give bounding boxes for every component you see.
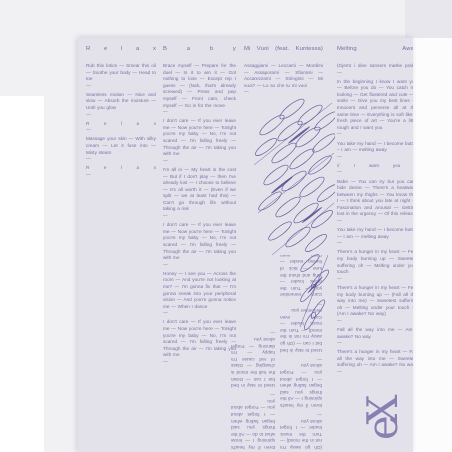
stanza-separator: — [86, 127, 156, 134]
stanza-separator: — [337, 131, 413, 138]
spread-token: b [210, 46, 213, 52]
lyric-stanza: Rub this lotion — Smear this oil — Sooth… [86, 63, 156, 83]
lyric-stanza: (Oh go away I'm not in the mood) — Turn … [280, 417, 322, 450]
lyric-stanza: Even if my head's spinning I — know what… [231, 397, 275, 450]
stanza-separator: — [86, 172, 156, 179]
spread-token: B [163, 46, 167, 52]
lyric-stanza: Assaggiami — Leccami — Mordimi — Assapor… [244, 63, 323, 89]
stanza-separator: — [337, 154, 413, 161]
stanza-separator: — [337, 240, 413, 247]
song-column-melting-away: MeltingAway(Gjemt i dine sansers mørke p… [337, 46, 413, 376]
lyric-stanza: Relax [86, 121, 156, 128]
spread-token: want [369, 163, 379, 170]
lyric-stanza: (Gjemt i dine sansers mørke prakt) [337, 63, 413, 70]
spread-token: R [86, 165, 89, 172]
flipped-lyrics-column-right: (Oh go away I'm not in the mood) — Turn … [280, 255, 322, 450]
stanza-separator: — [280, 300, 322, 307]
stanza-separator: — [337, 318, 413, 325]
stanza-separator: — [163, 158, 236, 165]
lyric-stanza: You take my hand — I become butter — I a… [337, 227, 413, 240]
spread-token: x [154, 121, 156, 128]
background-left-white-band [0, 96, 44, 452]
lyric-stanza: Relax [86, 165, 156, 172]
spread-token: // [337, 163, 340, 170]
lyric-stanza: There's a hunger in my heart — Fall all … [337, 349, 413, 369]
stanza-separator: — [280, 410, 322, 417]
spread-token: x [154, 165, 156, 172]
spread-token: Mi [244, 46, 250, 52]
song-title-mi-vuoi: MiVuoi(feat.Kuntessa) [244, 46, 323, 52]
spread-token: e [104, 121, 107, 128]
lyric-stanza: //Iwantyou// [337, 163, 413, 170]
stanza-separator: — [163, 109, 236, 116]
stanza-separator: — [337, 276, 413, 283]
stanza-separator: — [337, 70, 413, 77]
background-top-right-patch [405, 0, 452, 38]
spread-token: R [86, 121, 89, 128]
spread-token: R [86, 46, 90, 52]
lyric-stanza: You take my hand — I become butter – I a… [337, 141, 413, 154]
spread-token: x [153, 46, 156, 52]
lyric-stanza: Honey — I see you — Across the room — An… [163, 271, 236, 311]
stanza-separator: — [163, 213, 236, 220]
spread-token: e [104, 165, 107, 172]
stanza-separator: — [337, 369, 413, 376]
lyric-stanza: I don't care — If you ever leave me — No… [163, 222, 236, 262]
stanza-separator: — [337, 169, 413, 176]
stanza-separator: — [86, 156, 156, 163]
spread-token: l [121, 46, 122, 52]
spread-token: Kuntessa) [296, 46, 323, 52]
lyric-stanza: There's a hunger in my heart — Feel my b… [337, 249, 413, 275]
lyric-stanza: Seamless motion — Nice and slow — Absorb… [86, 92, 156, 112]
song-column-relax: RelaxRub this lotion — Smear this oil — … [86, 46, 156, 181]
lyric-stanza: I'm all in — My heart is the cost — But … [163, 167, 236, 213]
lyric-stanza: Used to stay in bed but I can — Down the… [231, 335, 275, 388]
ex-logo: eX [354, 392, 413, 452]
poster-photo-scene: RelaxRub this lotion — Smear this oil — … [0, 0, 452, 452]
lyric-poster: RelaxRub this lotion — Smear this oil — … [78, 38, 413, 452]
stanza-separator: — [337, 340, 413, 347]
lyric-stanza: I don't care — If you ever leave me — No… [163, 118, 236, 158]
song-column-baby: BabyBrace myself — Prepare for the duel … [163, 46, 236, 368]
spread-token: y [233, 46, 236, 52]
stanza-separator: — [163, 359, 236, 366]
lyric-stanza: There's a hunger in my heart — Feel my b… [337, 285, 413, 318]
lyric-stanza: Can't remember you — Turn the music loud… [280, 255, 322, 297]
stanza-separator: — [163, 262, 236, 269]
lyric-stanza: I don't care — If you ever leave me — No… [163, 319, 236, 359]
song-title-melting-away: MeltingAway [337, 46, 413, 52]
lyric-stanza: Brace myself — Prepare for the duel — In… [163, 63, 236, 109]
flipped-lyrics-column-left: Even if my head's spinning I — know what… [231, 330, 275, 450]
spread-token: a [137, 165, 140, 172]
spread-token: l [121, 165, 122, 172]
lyric-stanza: Fall all the way into me — Am I awake? N… [337, 327, 413, 340]
lyric-stanza: In the beginning I know I want you — Bef… [337, 79, 413, 132]
stanza-separator: — [86, 83, 156, 90]
stanza-separator: — [231, 391, 275, 398]
song-column-mi-vuoi: MiVuoi(feat.Kuntessa)Assaggiami — Leccam… [244, 46, 323, 98]
spread-token: Away [402, 46, 413, 52]
spread-token: I [354, 163, 355, 170]
lyric-stanza: Used to stay in bed but I can — (Oh go a… [280, 307, 322, 353]
spread-token: e [104, 46, 107, 52]
background-right-white-band [413, 38, 452, 452]
stanza-separator: — [337, 218, 413, 225]
stanza-separator: — [86, 112, 156, 119]
spread-token: a [187, 46, 190, 52]
spread-token: a [137, 121, 140, 128]
lyric-stanza: Massage your skin — With silky cream — L… [86, 136, 156, 156]
spread-token: Melting [337, 46, 357, 52]
lyric-stanza: Even if my head's spinning I — All the t… [280, 362, 322, 408]
spread-token: you [393, 163, 401, 170]
song-title-baby: Baby [163, 46, 236, 52]
spread-token: a [136, 46, 139, 52]
song-title-relax: Relax [86, 46, 156, 52]
stanza-separator: — [280, 355, 322, 362]
spread-token: Vuoi [257, 46, 269, 52]
lyric-stanza: Babe — You can try but you can't hide de… [337, 179, 413, 219]
spread-token: l [121, 121, 122, 128]
spread-token: (feat. [275, 46, 289, 52]
stanza-separator: — [163, 310, 236, 317]
